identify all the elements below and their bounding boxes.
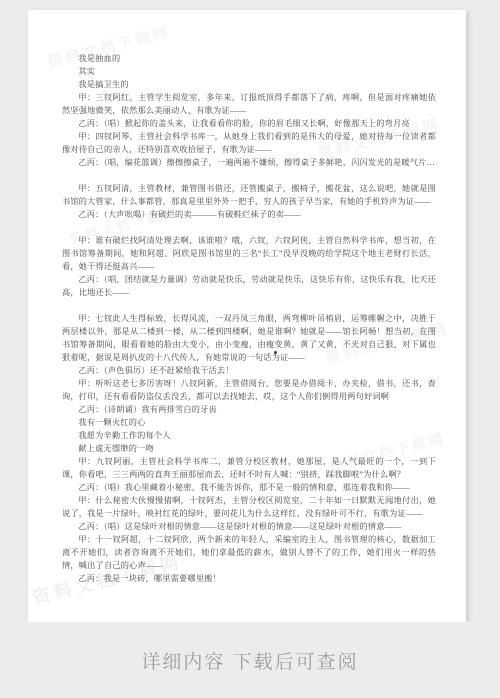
script-paragraph: 甲：五钗阿清，主管教材，兼管图书借还，还管搬桌子，搬椅子，搬花盆，这么说吧，她就…: [62, 182, 436, 208]
script-paragraph: 我愿为辛勤工作的每个人: [62, 429, 436, 442]
script-paragraph: 我是搞卫生的: [62, 78, 436, 91]
script-paragraph: 甲：七钗此人生得标致，长得风流，一双丹凤三角眼，两弯柳叶吊梢眉，运筹帷幄之中，决…: [62, 312, 436, 364]
script-paragraph: 乙丙：（大声吆喝）有破烂的卖———有破鞋烂袜子的卖——: [62, 208, 436, 221]
download-hint-label: 详细内容 下载后可查阅: [141, 647, 358, 674]
script-paragraph: 我有一颗火红的心: [62, 416, 436, 429]
script-paragraph: 我是抽血的: [62, 52, 436, 65]
script-paragraph: 其实: [62, 65, 436, 78]
document-page: 资料文档下载网 资料文档下载网 资料文档下载网 资料文档下载网 资料文档下载网 …: [28, 10, 466, 622]
script-paragraph: 乙丙：（唱）我心里藏着小秘密，我不能告诉你，那不是一般的情和意，那连着我和你——: [62, 481, 436, 494]
footer-bar: 详细内容 下载后可查阅: [0, 622, 500, 698]
script-paragraph: 献上虚无缥缈的一吻: [62, 442, 436, 455]
script-paragraph: 乙丙：（唱，团结就是力量调）劳动就是快乐，劳动就是快乐，这快乐有你，这快乐有我，…: [62, 273, 436, 299]
script-paragraph: 甲：什么秘密大伙慢慢猜啊，十钗阿杰，主管分校区阅览室，二十年如一日默默无闻地付出…: [62, 494, 436, 520]
script-paragraph: 乙丙：（唱，编花篮调）擦擦擦桌子，一遍两遍不嫌烦，擦得桌子多鲜艳，闪闪发光的是暖…: [62, 156, 436, 169]
script-text-body: 我是抽血的其实我是搞卫生的甲：三钗阿红，主管学生阅览室，多年来，订报纸顶得手都落…: [28, 10, 466, 585]
script-paragraph: 乙丙：（声色俱厉）还不赶紧给我干活去！: [62, 364, 436, 377]
scan-speck: [274, 351, 277, 354]
script-paragraph: 乙丙：（唱）这是绿叶对根的情意——这是绿叶对根的情意——这是绿叶对根的情意——: [62, 520, 436, 533]
script-paragraph: 乙丙：（诗朗诵）我有两排雪白的牙齿: [62, 403, 436, 416]
script-paragraph: 甲：九钗阿丽，主管社会科学书库二，兼管分校区教材，她那屋，是人气最旺的一个，一到…: [62, 455, 436, 481]
preview-background: { "colors": { "background": "#ececec", "…: [0, 0, 500, 698]
script-paragraph: 甲：十一钗阿超，十二钗阿欣，两个新来的年轻人，采编室的主人，图书管理的核心，数据…: [62, 533, 436, 572]
script-paragraph: 乙丙：（唱）掀起你的盖头来，让我看看你的脸，你的眉毛细又长啊，好像那天上的弯月亮: [62, 117, 436, 130]
script-paragraph: 乙丙：我是一块砖，哪里需要哪里搬！: [62, 572, 436, 585]
script-paragraph: 甲：谁有破烂找阿清处理去啊，该谁啦？哦，六钗，六钗阿侠，主管自然科学书库，想当初…: [62, 234, 436, 273]
script-paragraph: 甲：听听这老七多厉害呀！八钗阿新，主管借阅台，您要是办借阅卡，办夹检，借书，还书…: [62, 377, 436, 403]
script-paragraph: 甲：四钗阿琴，主管社会科学书库一，从她身上我们看到的是伟大的母爱，她对待每一位读…: [62, 130, 436, 156]
script-paragraph: 甲：三钗阿红，主管学生阅览室，多年来，订报纸顶得手都落下了病，疼啊，但是面对疼痛…: [62, 91, 436, 117]
